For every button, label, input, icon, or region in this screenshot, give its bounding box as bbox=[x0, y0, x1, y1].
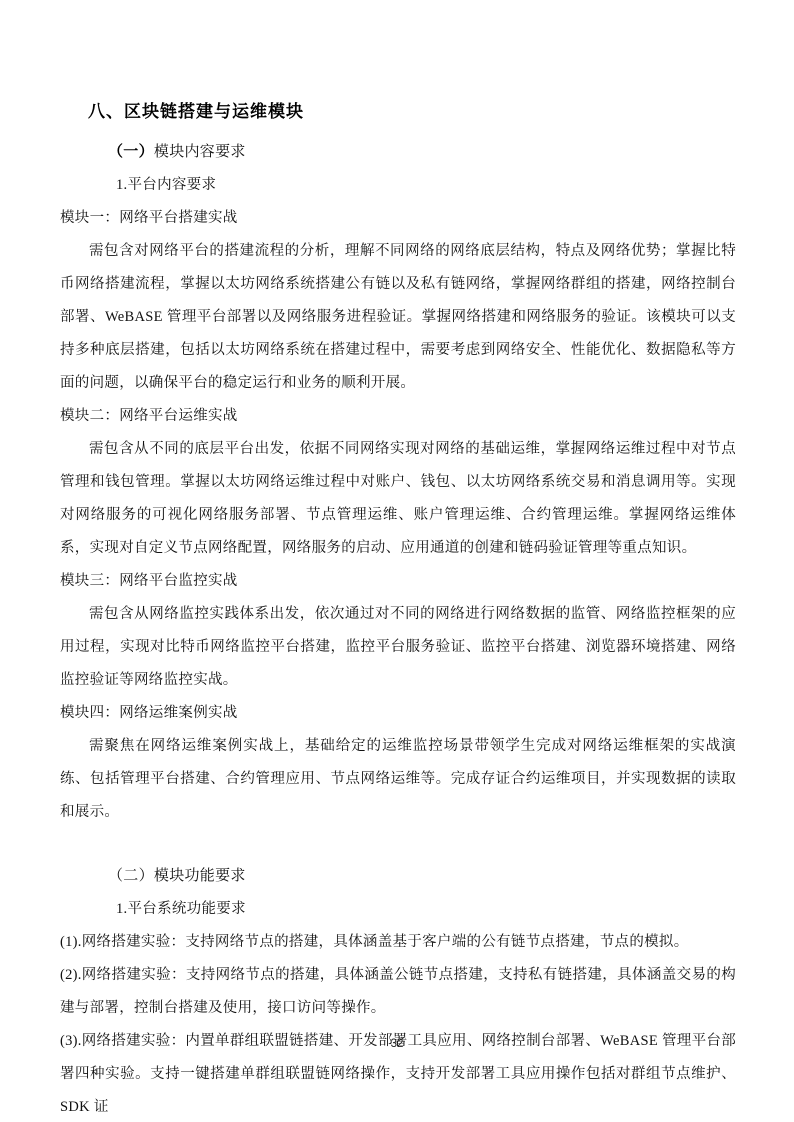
module-3-label: 模块三：网络平台监控实战 bbox=[60, 565, 736, 598]
document-title: 八、区块链搭建与运维模块 bbox=[60, 97, 736, 127]
section-2-subheading: 1.平台系统功能要求 bbox=[60, 893, 736, 926]
page-number: 32 bbox=[0, 1038, 794, 1050]
section-1-heading: （一）模块内容要求 bbox=[60, 136, 736, 169]
module-1-label: 模块一：网络平台搭建实战 bbox=[60, 202, 736, 235]
module-4-label: 模块四：网络运维案例实战 bbox=[60, 697, 736, 730]
section-1-heading-text: 模块内容要求 bbox=[154, 144, 246, 160]
section-1-subheading: 1.平台内容要求 bbox=[60, 169, 736, 202]
module-1-body: 需包含对网络平台的搭建流程的分析，理解不同网络的网络底层结构，特点及网络优势；掌… bbox=[60, 235, 736, 400]
document-page: 八、区块链搭建与运维模块 （一）模块内容要求 1.平台内容要求 模块一：网络平台… bbox=[0, 0, 794, 1122]
document-content: 八、区块链搭建与运维模块 （一）模块内容要求 1.平台内容要求 模块一：网络平台… bbox=[60, 88, 736, 1122]
blank-line-spacer bbox=[60, 829, 736, 851]
module-2-label: 模块二：网络平台运维实战 bbox=[60, 400, 736, 433]
section-1-heading-prefix: （一） bbox=[108, 144, 154, 160]
module-4-body: 需聚焦在网络运维案例实战上，基础给定的运维监控场景带领学生完成对网络运维框架的实… bbox=[60, 730, 736, 829]
section-2-heading: （二）模块功能要求 bbox=[60, 860, 736, 893]
module-2-body: 需包含从不同的底层平台出发，依据不同网络实现对网络的基础运维，掌握网络运维过程中… bbox=[60, 433, 736, 565]
feature-item-1: (1).网络搭建实验：支持网络节点的搭建，具体涵盖基于客户端的公有链节点搭建，节… bbox=[60, 926, 736, 959]
feature-item-2: (2).网络搭建实验：支持网络节点的搭建，具体涵盖公链节点搭建，支持私有链搭建，… bbox=[60, 959, 736, 1025]
document-title-text: 八、区块链搭建与运维模块 bbox=[88, 102, 304, 121]
module-3-body: 需包含从网络监控实践体系出发，依次通过对不同的网络进行网络数据的监管、网络监控框… bbox=[60, 598, 736, 697]
